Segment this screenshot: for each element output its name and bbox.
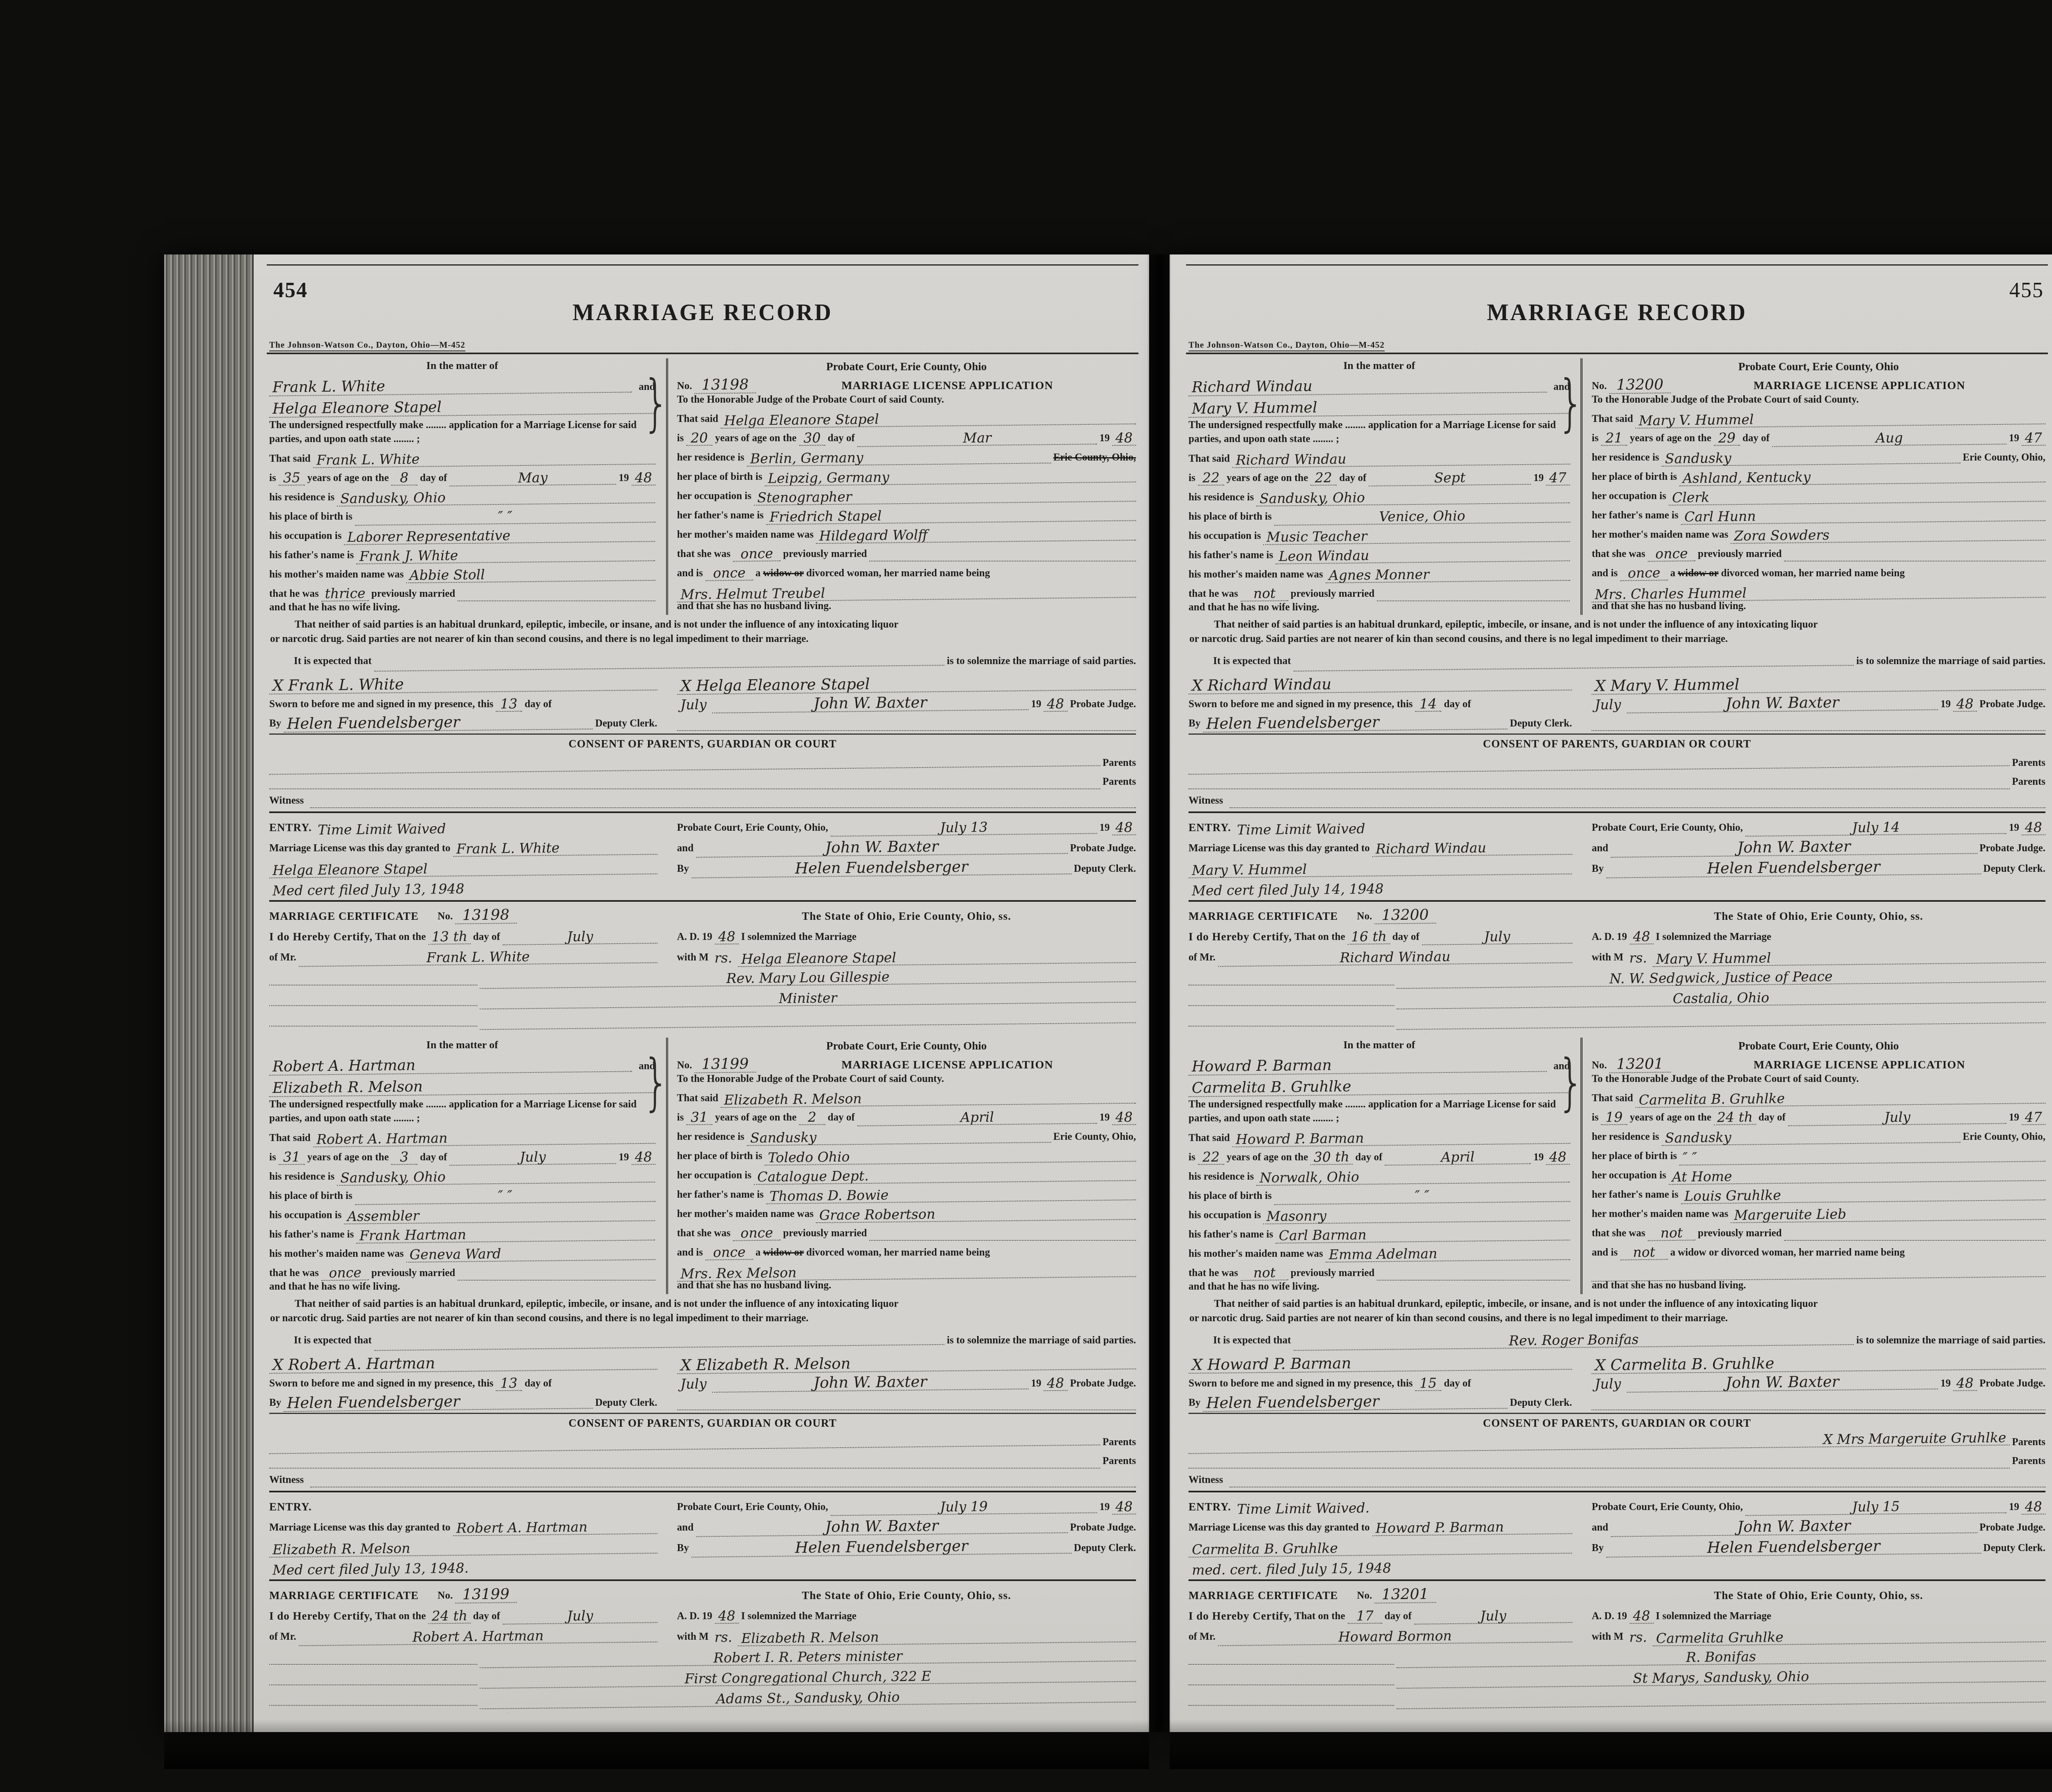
entry-bride-value: Helga Eleanore Stapel xyxy=(269,859,657,878)
groom-previously-married-value: not xyxy=(1241,1265,1288,1281)
field-label: years of age on the xyxy=(715,1111,797,1125)
printer-imprint: The Johnson-Watson Co., Dayton, Ohio—M-4… xyxy=(269,340,465,351)
divider xyxy=(267,264,1138,266)
field-label: 19 xyxy=(1031,698,1041,712)
bride-widow-status-value: once xyxy=(1620,566,1668,581)
deputy-clerk-label: Deputy Clerk. xyxy=(595,1397,657,1410)
no-label: No. xyxy=(437,910,453,924)
of-mr-label: of Mr. xyxy=(269,1631,296,1644)
sworn-label: Sworn to before me and signed in my pres… xyxy=(269,698,493,712)
field-label: That said xyxy=(269,1132,311,1146)
groom-application-column: } In the matter of Robert A. Hartman and… xyxy=(269,1038,668,1294)
deputy-clerk-label: Deputy Clerk. xyxy=(1983,863,2045,876)
field-label: previously married xyxy=(783,1227,867,1241)
deputy-clerk-label: Deputy Clerk. xyxy=(1510,1397,1572,1410)
bride-birthday-day: 29 xyxy=(1714,431,1740,446)
field-label: a xyxy=(756,1247,761,1260)
field-label: That on the xyxy=(1294,931,1345,944)
bride-name-line: Helga Eleanore Stapel xyxy=(269,398,655,418)
parents-label: Parents xyxy=(1103,1455,1136,1469)
bride-birthday-day: 2 xyxy=(799,1110,825,1125)
blank-line xyxy=(269,1684,477,1685)
bride-birthplace-value: Toledo Ohio xyxy=(765,1147,1136,1166)
groom-name-line: Howard P. Barman xyxy=(1189,1056,1547,1076)
consent-title: CONSENT OF PARENTS, GUARDIAN OR COURT xyxy=(1189,735,2045,752)
by-label: By xyxy=(269,1397,281,1410)
bride-application-column: Probate Court, Erie County, Ohio No. 132… xyxy=(1583,358,2045,615)
groom-father-value: Frank Hartman xyxy=(356,1226,655,1244)
sworn-month-value: July xyxy=(677,1377,710,1391)
probate-court-heading: Probate Court, Erie County, Ohio xyxy=(1592,1038,2045,1054)
judge-signature: John W. Baxter xyxy=(1627,1373,1938,1393)
groom-that-said-value: Frank L. White xyxy=(313,449,655,468)
field-label: her place of birth is xyxy=(1592,1150,1677,1164)
entry-date-value: July 15 xyxy=(1745,1499,2007,1516)
undersigned-paragraph: The undersigned respectfully make ......… xyxy=(1189,416,1570,447)
solemnize-label: is to solemnize the marriage of said par… xyxy=(1856,1334,2045,1348)
field-label: that he was xyxy=(269,588,319,601)
bride-application-column: Probate Court, Erie County, Ohio No. 131… xyxy=(668,1038,1136,1294)
blank-line xyxy=(269,788,1100,789)
entry-court-label: Probate Court, Erie County, Ohio, xyxy=(1592,822,1743,835)
groom-father-value: Frank J. White xyxy=(356,546,655,564)
bride-birthday-month: April xyxy=(857,1109,1097,1126)
witness-label: Witness xyxy=(269,795,308,808)
groom-birthplace-value: Venice, Ohio xyxy=(1274,508,1570,526)
in-matter-label: In the matter of xyxy=(1189,1038,1570,1052)
certificate-section: MARRIAGE CERTIFICATE No. 13198 The State… xyxy=(269,900,1136,1033)
certificate-title: MARRIAGE CERTIFICATE xyxy=(1189,1589,1338,1603)
field-label: 19 xyxy=(1099,1501,1110,1515)
certificate-title: MARRIAGE CERTIFICATE xyxy=(269,1589,419,1603)
license-number: 13201 xyxy=(1609,1057,1671,1074)
widow-or-label: widow or xyxy=(763,567,804,581)
field-label: day of xyxy=(420,1151,447,1165)
state-ss-heading: The State of Ohio, Erie County, Ohio, ss… xyxy=(1592,1589,2045,1603)
of-mr-label: of Mr. xyxy=(1189,1631,1216,1644)
bride-widow-status-value: once xyxy=(705,566,753,581)
filed-year-value: 48 xyxy=(633,1712,657,1713)
certify-label: I do Hereby Certify, xyxy=(1189,1609,1292,1624)
field-label: previously married xyxy=(371,588,455,601)
field-label: That said xyxy=(677,1092,719,1106)
entry-court-label: Probate Court, Erie County, Ohio, xyxy=(677,1501,828,1515)
application-title: MARRIAGE LICENSE APPLICATION xyxy=(1673,379,2045,394)
groom-mother-value: Agnes Monner xyxy=(1326,566,1570,583)
field-label: his father's name is xyxy=(1189,549,1273,563)
page-number: 454 xyxy=(273,278,308,302)
blank-line xyxy=(1189,788,2010,789)
certificate-number: 13199 xyxy=(455,1587,517,1604)
bride-mother-value: Margeruite Lieb xyxy=(1731,1205,2045,1223)
entry-deputy-signature: Helen Fuendelsberger xyxy=(692,858,1072,878)
field-label: her father's name is xyxy=(677,509,764,523)
bride-birthday-month: July xyxy=(1788,1109,2007,1127)
deputy-clerk-signature: Helen Fuendelsberger xyxy=(284,713,593,733)
groom-birthday-day: 22 xyxy=(1310,470,1337,486)
bride-occupation-value: Clerk xyxy=(1669,487,2045,506)
field-label: her occupation is xyxy=(677,490,752,504)
page-number: 455 xyxy=(2009,278,2044,302)
bride-birthday-day: 24 th xyxy=(1714,1110,1756,1125)
groom-name-line: Richard Windau xyxy=(1189,377,1547,396)
bride-birthday-year: 48 xyxy=(1112,1110,1136,1125)
groom-name-line: Robert A. Hartman xyxy=(269,1056,632,1076)
field-label: previously married xyxy=(371,1267,455,1281)
brace-icon: } xyxy=(642,372,670,434)
field-label: and is xyxy=(1592,567,1617,581)
certificate-number: 13201 xyxy=(1374,1587,1436,1604)
bride-married-name-value: Mrs. Helmut Treubel xyxy=(677,583,1136,603)
bride-birthday-year: 47 xyxy=(2022,431,2045,446)
groom-birthday-day: 3 xyxy=(391,1150,417,1165)
entry-bride-value: Elizabeth R. Melson xyxy=(269,1539,657,1558)
field-label: is xyxy=(1592,1111,1599,1125)
impediment-line-2: or narcotic drug. Said parties are not n… xyxy=(270,1312,1135,1327)
field-label: her place of birth is xyxy=(1592,471,1677,484)
field-label: previously married xyxy=(783,548,867,561)
widow-or-label: widow or xyxy=(1678,567,1718,581)
sworn-label: Sworn to before me and signed in my pres… xyxy=(1189,1377,1413,1391)
entry-deputy-signature: Helen Fuendelsberger xyxy=(1606,858,1981,878)
sworn-day-value: 13 xyxy=(496,1376,522,1391)
field-label: his residence is xyxy=(269,1171,334,1184)
bride-age-value: 31 xyxy=(686,1110,712,1125)
filed-date-value: July 28 xyxy=(358,1710,618,1713)
bride-father-value: Friedrich Stapel xyxy=(766,506,1136,525)
no-wife-clause: and that he has no wife living. xyxy=(269,601,655,615)
field-label: her place of birth is xyxy=(677,471,763,484)
field-label: That said xyxy=(1592,1092,1633,1106)
impediment-line-2: or narcotic drug. Said parties are not n… xyxy=(1189,1312,2045,1327)
bride-occupation-value: Catalogue Dept. xyxy=(754,1166,1136,1185)
certificate-bride-value: Carmelita Gruhlke xyxy=(1653,1627,2046,1646)
certificate-year-value: 48 xyxy=(715,1609,738,1624)
filed-date-value: July 20 xyxy=(1277,1031,1533,1033)
field-label: previously married xyxy=(1698,548,1782,561)
and-label: and xyxy=(677,1522,694,1535)
erie-county-label: Erie County, Ohio, xyxy=(1963,451,2045,465)
groom-birthday-month: April xyxy=(1385,1149,1531,1166)
bride-application-column: Probate Court, Erie County, Ohio No. 131… xyxy=(668,358,1136,615)
solemnized-label: I solemnized the Marriage xyxy=(741,1610,857,1624)
field-label: his place of birth is xyxy=(269,511,353,524)
application-title: MARRIAGE LICENSE APPLICATION xyxy=(758,379,1136,394)
expected-label: It is expected that xyxy=(1213,655,1291,669)
groom-age-value: 22 xyxy=(1198,1150,1224,1165)
field-label: that he was xyxy=(1189,1267,1238,1281)
field-label: That said xyxy=(1189,453,1230,466)
and-label: and xyxy=(1592,842,1608,856)
field-label: her occupation is xyxy=(1592,490,1666,504)
no-husband-clause: and that she has no husband living. xyxy=(677,1279,1136,1293)
by-label: By xyxy=(677,1542,689,1556)
groom-mother-value: Emma Adelman xyxy=(1326,1245,1570,1263)
probate-judge-label: Probate Judge. xyxy=(1979,698,2045,712)
field-label: and is xyxy=(1592,1247,1617,1260)
certify-label: I do Hereby Certify, xyxy=(1189,930,1292,944)
ad-label: A. D. 19 xyxy=(677,931,712,944)
no-label: No. xyxy=(1592,1059,1607,1073)
blank-line xyxy=(1189,1005,1394,1006)
by-label: By xyxy=(1189,717,1200,731)
field-label: his mother's maiden name was xyxy=(269,568,404,582)
state-ss-heading: The State of Ohio, Erie County, Ohio, ss… xyxy=(1592,910,2045,924)
field-label: her father's name is xyxy=(677,1189,764,1202)
certificate-day-value: 17 xyxy=(1347,1609,1382,1624)
field-label: That on the xyxy=(375,1610,426,1624)
certificate-day-value: 24 th xyxy=(428,1609,470,1624)
groom-signature: X Richard Windau xyxy=(1189,674,1572,694)
consent-title: CONSENT OF PARENTS, GUARDIAN OR COURT xyxy=(269,735,1136,752)
entry-judge-signature: John W. Baxter xyxy=(696,1517,1068,1537)
consent-section: CONSENT OF PARENTS, GUARDIAN OR COURT X … xyxy=(1189,1413,2045,1487)
certificate-month-value: July xyxy=(502,1608,657,1625)
field-label: his occupation is xyxy=(1189,1209,1261,1223)
field-label: that she was xyxy=(1592,548,1645,561)
groom-application-column: } In the matter of Richard Windau and Ma… xyxy=(1189,358,1583,615)
med-cert-note: Med cert filed July 14, 1948 xyxy=(1189,882,1387,898)
groom-age-value: 22 xyxy=(1198,470,1224,486)
entry-section: ENTRY. Marriage License was this day gra… xyxy=(269,1491,1136,1576)
field-label: is xyxy=(1189,472,1195,486)
license-number: 13198 xyxy=(694,378,756,394)
judge-signature: John W. Baxter xyxy=(712,1373,1029,1393)
no-label: No. xyxy=(1592,380,1607,394)
entry-bride-value: Carmelita B. Gruhlke xyxy=(1189,1539,1572,1558)
blank-line xyxy=(1189,985,1394,985)
rs-handwritten: rs. xyxy=(1626,1630,1650,1645)
entry-date-value: July 13 xyxy=(831,819,1097,837)
witness-label: Witness xyxy=(269,1474,308,1487)
groom-occupation-value: Laborer Representative xyxy=(344,527,655,545)
certificate-number: 13200 xyxy=(1374,907,1436,924)
no-wife-clause: and that he has no wife living. xyxy=(269,1281,655,1294)
no-husband-clause: and that she has no husband living. xyxy=(677,600,1136,614)
certificate-groom-value: Frank L. White xyxy=(299,949,657,967)
entry-label: ENTRY. xyxy=(269,1500,312,1515)
field-label: 19 xyxy=(1099,822,1110,835)
field-label: is xyxy=(269,1151,276,1165)
bride-birthplace-value: Ashland, Kentucky xyxy=(1679,468,2045,486)
field-label: day of xyxy=(1444,1377,1471,1391)
no-husband-clause: and that she has no husband living. xyxy=(1592,1279,2045,1293)
solemnize-label: is to solemnize the marriage of said par… xyxy=(947,1334,1136,1348)
witness-label: Witness xyxy=(1189,795,1227,808)
brace-icon: } xyxy=(1557,372,1585,434)
consent-section: CONSENT OF PARENTS, GUARDIAN OR COURT Pa… xyxy=(1189,733,2045,808)
undersigned-paragraph: The undersigned respectfully make ......… xyxy=(269,416,655,447)
bride-birthplace-value: ″ ″ xyxy=(1679,1147,2045,1166)
groom-birthday-year: 48 xyxy=(1546,1150,1570,1165)
field-label: her occupation is xyxy=(677,1169,752,1183)
certify-label: I do Hereby Certify, xyxy=(269,930,373,944)
sworn-month-value: July xyxy=(1592,1377,1624,1391)
med-cert-note: med. cert. filed July 15, 1948 xyxy=(1189,1561,1395,1577)
groom-birthday-year: 48 xyxy=(631,470,655,486)
bride-birthplace-value: Leipzig, Germany xyxy=(765,468,1136,486)
blank-line xyxy=(1592,730,2045,731)
bride-name-line: Elizabeth R. Melson xyxy=(269,1077,655,1097)
probate-judge-label: Probate Judge. xyxy=(1070,1377,1136,1391)
with-m-label: with M xyxy=(677,951,709,965)
no-label: No. xyxy=(677,380,692,394)
field-label: 19 xyxy=(1533,1151,1544,1165)
judge-year-value: 48 xyxy=(1044,1376,1067,1391)
field-label: day of xyxy=(1444,698,1471,712)
groom-father-value: Leon Windau xyxy=(1276,546,1570,564)
entry-groom-value: Frank L. White xyxy=(453,840,657,857)
consent-title: CONSENT OF PARENTS, GUARDIAN OR COURT xyxy=(1189,1414,2045,1431)
certificate-groom-value: Howard Bormon xyxy=(1218,1628,1572,1646)
field-label: day of xyxy=(473,931,500,944)
field-label: divorced woman, her married name being xyxy=(806,567,990,581)
field-label: a xyxy=(756,567,761,581)
by-label: By xyxy=(1592,863,1603,876)
brace-icon: } xyxy=(1557,1052,1585,1113)
field-label: That said xyxy=(269,453,311,466)
entry-section: ENTRY.Time Limit Waived. Marriage Licens… xyxy=(1189,1491,2045,1576)
record-slot-13200: } In the matter of Richard Windau and Ma… xyxy=(1186,354,2048,1033)
deputy-clerk-signature: Helen Fuendelsberger xyxy=(284,1392,593,1412)
field-label: years of age on the xyxy=(1630,1111,1711,1125)
deputy-clerk-signature: Helen Fuendelsberger xyxy=(1203,713,1507,733)
no-label: No. xyxy=(437,1590,453,1603)
field-label: that she was xyxy=(677,1227,731,1241)
judge-year-value: 48 xyxy=(1044,697,1067,712)
groom-previously-married-value: thrice xyxy=(321,586,369,601)
field-label: day of xyxy=(1355,1151,1382,1165)
in-matter-label: In the matter of xyxy=(1189,358,1570,373)
impediment-line-1: That neither of said parties is an habit… xyxy=(270,1297,1135,1312)
solemnized-label: I solemnized the Marriage xyxy=(741,931,857,944)
field-label: a xyxy=(1670,567,1676,581)
page-shadow xyxy=(1170,1720,2052,1769)
impediment-line-1: That neither of said parties is an habit… xyxy=(270,618,1135,633)
no-husband-clause: and that she has no husband living. xyxy=(1592,600,2045,614)
impediment-line-2: or narcotic drug. Said parties are not n… xyxy=(270,632,1135,647)
granted-label: Marriage License was this day granted to xyxy=(269,842,451,856)
deputy-clerk-label: Deputy Clerk. xyxy=(1510,717,1572,731)
field-label: That on the xyxy=(375,931,426,944)
parents-label: Parents xyxy=(1103,1436,1136,1450)
parents-label: Parents xyxy=(2012,1455,2045,1469)
groom-that-said-value: Richard Windau xyxy=(1232,449,1570,468)
field-label: is xyxy=(677,1111,684,1125)
solemnize-label: is to solemnize the marriage of said par… xyxy=(1856,655,2045,669)
field-label: his residence is xyxy=(1189,491,1254,505)
entry-court-label: Probate Court, Erie County, Ohio, xyxy=(1592,1501,1743,1515)
field-label: his place of birth is xyxy=(269,1190,353,1203)
blank-line xyxy=(1592,1409,2045,1410)
undersigned-paragraph: The undersigned respectfully make ......… xyxy=(269,1095,655,1126)
certificate-month-value: July xyxy=(502,929,657,945)
field-label: day of xyxy=(828,432,855,446)
field-label: his place of birth is xyxy=(1189,1190,1272,1203)
deputy-clerk-signature: Helen Fuendelsberger xyxy=(1203,1392,1507,1412)
record-slot-13201: } In the matter of Howard P. Barman and … xyxy=(1186,1033,2048,1713)
application-title: MARRIAGE LICENSE APPLICATION xyxy=(758,1058,1136,1073)
certificate-title: MARRIAGE CERTIFICATE xyxy=(1189,910,1338,924)
granted-label: Marriage License was this day granted to xyxy=(1189,842,1370,856)
with-m-label: with M xyxy=(1592,1631,1623,1644)
field-label: day of xyxy=(1392,931,1420,944)
field-label: day of xyxy=(1743,432,1770,446)
certificate-title: MARRIAGE CERTIFICATE xyxy=(269,910,419,924)
field-label: day of xyxy=(473,1610,500,1624)
field-label: years of age on the xyxy=(1630,432,1711,446)
field-label: 19 xyxy=(619,1151,629,1165)
field-label: day of xyxy=(1385,1610,1412,1624)
impediment-paragraph: That neither of said parties is an habit… xyxy=(1189,1294,2045,1327)
bride-that-said-value: Mary V. Hummel xyxy=(1635,410,2045,429)
impediment-line-2: or narcotic drug. Said parties are not n… xyxy=(1189,632,2045,647)
marriage-record-form: } In the matter of Frank L. White and He… xyxy=(267,354,1138,1033)
bride-signature: X Helga Eleanore Stapel xyxy=(677,674,1136,695)
field-label: that he was xyxy=(269,1267,319,1281)
certificate-number: 13198 xyxy=(455,907,517,924)
judge-signature: John W. Baxter xyxy=(712,694,1029,713)
field-label: 19 xyxy=(1099,1111,1110,1125)
field-label: his father's name is xyxy=(1189,1228,1273,1242)
field-label: 19 xyxy=(1940,698,1951,712)
field-label: his occupation is xyxy=(1189,530,1261,543)
field-label: her mother's maiden name was xyxy=(1592,1208,1728,1221)
groom-previously-married-value: once xyxy=(321,1265,369,1281)
certificate-year-value: 48 xyxy=(715,930,738,945)
sworn-day-value: 14 xyxy=(1415,697,1441,712)
solemnized-label: I solemnized the Marriage xyxy=(1656,931,1771,944)
groom-occupation-value: Masonry xyxy=(1263,1206,1570,1224)
field-label: day of xyxy=(420,472,447,486)
field-label: That said xyxy=(1189,1132,1230,1146)
to-judge-line: To the Honorable Judge of the Probate Co… xyxy=(1592,394,2045,407)
in-matter-label: In the matter of xyxy=(269,358,655,373)
parents-label: Parents xyxy=(2012,1436,2045,1450)
blank-line xyxy=(269,985,477,985)
page-shadow xyxy=(164,1720,1149,1769)
field-label: previously married xyxy=(1291,1267,1374,1281)
state-ss-heading: The State of Ohio, Erie County, Ohio, ss… xyxy=(677,1589,1136,1603)
bride-that-said-value: Elizabeth R. Melson xyxy=(721,1089,1136,1108)
field-label: and is xyxy=(677,1247,703,1260)
field-label: years of age on the xyxy=(307,1151,389,1165)
sworn-label: Sworn to before me and signed in my pres… xyxy=(1189,698,1413,712)
field-label: That said xyxy=(677,413,719,426)
bride-birthday-year: 48 xyxy=(1112,431,1136,446)
entry-label: ENTRY. xyxy=(269,821,312,835)
bride-widow-status-value: once xyxy=(705,1245,753,1260)
field-label: his mother's maiden name was xyxy=(269,1248,404,1261)
entry-groom-value: Howard P. Barman xyxy=(1372,1519,1572,1536)
bride-that-said-value: Carmelita B. Gruhlke xyxy=(1635,1089,2045,1108)
groom-birthplace-value: ″ ″ xyxy=(1274,1187,1570,1205)
of-mr-label: of Mr. xyxy=(1189,951,1216,965)
entry-judge-signature: John W. Baxter xyxy=(696,837,1068,857)
groom-birthday-day: 8 xyxy=(391,470,417,486)
groom-mother-value: Abbie Stoll xyxy=(406,566,655,583)
field-label: That on the xyxy=(1294,1610,1345,1624)
field-label: 19 xyxy=(619,472,629,486)
groom-signature: X Frank L. White xyxy=(269,674,657,694)
bride-mother-value: Grace Robertson xyxy=(816,1205,1136,1223)
sworn-month-value: July xyxy=(1592,697,1624,712)
field-label: her residence is xyxy=(1592,451,1659,465)
field-label: 19 xyxy=(2009,1501,2019,1515)
bride-previously-married-value: once xyxy=(1648,547,1695,562)
bride-age-value: 20 xyxy=(686,431,712,446)
bride-name-line: Mary V. Hummel xyxy=(1189,398,1570,418)
